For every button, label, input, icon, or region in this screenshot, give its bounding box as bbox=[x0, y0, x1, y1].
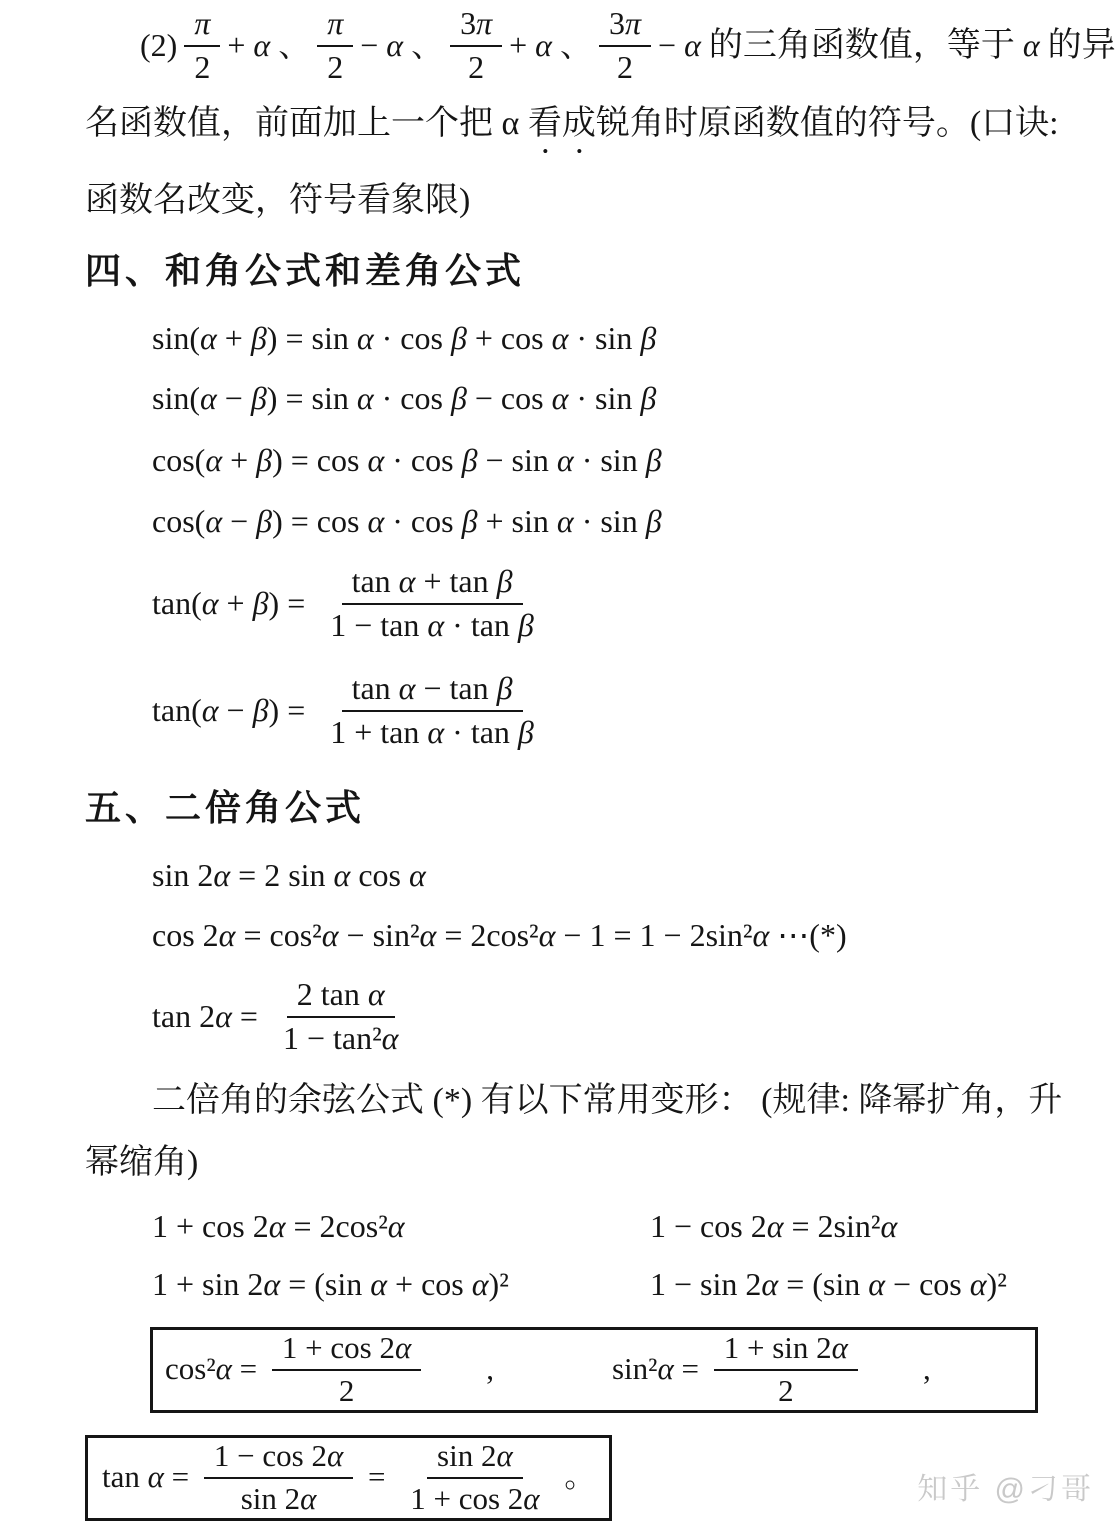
formula-one-minus-sin2a: 1 − sin 2α = (sin α − cos α)² bbox=[650, 1264, 1007, 1306]
note-line-1: 二倍角的余弦公式 (*) 有以下常用变形： (规律: 降幂扩角，升 bbox=[152, 1079, 1120, 1123]
formula-sin-diff: sin(α − β) = sin α · cos β − cos α · sin… bbox=[152, 378, 1120, 420]
formula-tan-sum: tan(α + β) = tan α + tan β1 − tan α · ta… bbox=[152, 564, 1120, 644]
intro-line-2-emphasis: 看成 bbox=[528, 105, 596, 142]
intro-line-1: (2)π2+ α 、π2− α 、3π2+ α 、3π2− α 的三角函数值，等… bbox=[140, 6, 1120, 86]
variant-row-2: 1 + sin 2α = (sin α + cos α)² 1 − sin 2α… bbox=[152, 1264, 1120, 1306]
boxed-power-reduction-formulas: cos²α = 1 + cos 2α2,sin²α = 1 + sin 2α2, bbox=[150, 1327, 1038, 1413]
watermark: 知乎 @刁哥 bbox=[917, 1464, 1094, 1508]
intro-line-2-pre: 名函数值，前面加上一个把 α bbox=[85, 105, 528, 142]
variant-row-1: 1 + cos 2α = 2cos²α 1 − cos 2α = 2sin²α bbox=[152, 1206, 1120, 1248]
formula-tan-diff: tan(α − β) = tan α − tan β1 + tan α · ta… bbox=[152, 671, 1120, 751]
intro-line-2-post: 锐角时原函数值的符号。(口诀: bbox=[596, 105, 1059, 142]
section-4-heading: 四、和角公式和差角公式 bbox=[85, 248, 1120, 295]
formula-one-plus-cos2a: 1 + cos 2α = 2cos²α bbox=[152, 1206, 650, 1248]
formula-one-minus-cos2a: 1 − cos 2α = 2sin²α bbox=[650, 1206, 897, 1248]
formula-one-plus-sin2a: 1 + sin 2α = (sin α + cos α)² bbox=[152, 1264, 650, 1306]
formula-cos-diff: cos(α − β) = cos α · cos β + sin α · sin… bbox=[152, 501, 1120, 543]
note-line-2: 幂缩角) bbox=[85, 1141, 1120, 1185]
boxed-tan-half-angle-formula: tan α = 1 − cos 2αsin 2α = sin 2α1 + cos… bbox=[85, 1435, 612, 1521]
formula-sin-double: sin 2α = 2 sin α cos α bbox=[152, 855, 1120, 897]
formula-cos-sum: cos(α + β) = cos α · cos β − sin α · sin… bbox=[152, 440, 1120, 482]
section-5-heading: 五、二倍角公式 bbox=[85, 785, 1120, 832]
intro-line-3: 函数名改变，符号看象限) bbox=[85, 179, 1120, 223]
document-page: (2)π2+ α 、π2− α 、3π2+ α 、3π2− α 的三角函数值，等… bbox=[0, 0, 1120, 1534]
formula-sin-sum: sin(α + β) = sin α · cos β + cos α · sin… bbox=[152, 318, 1120, 360]
formula-cos-double: cos 2α = cos²α − sin²α = 2cos²α − 1 = 1 … bbox=[152, 915, 1120, 957]
intro-line-2: 名函数值，前面加上一个把 α 看成锐角时原函数值的符号。(口诀: bbox=[85, 102, 1120, 161]
formula-tan-double: tan 2α = 2 tan α1 − tan²α bbox=[152, 977, 1120, 1057]
